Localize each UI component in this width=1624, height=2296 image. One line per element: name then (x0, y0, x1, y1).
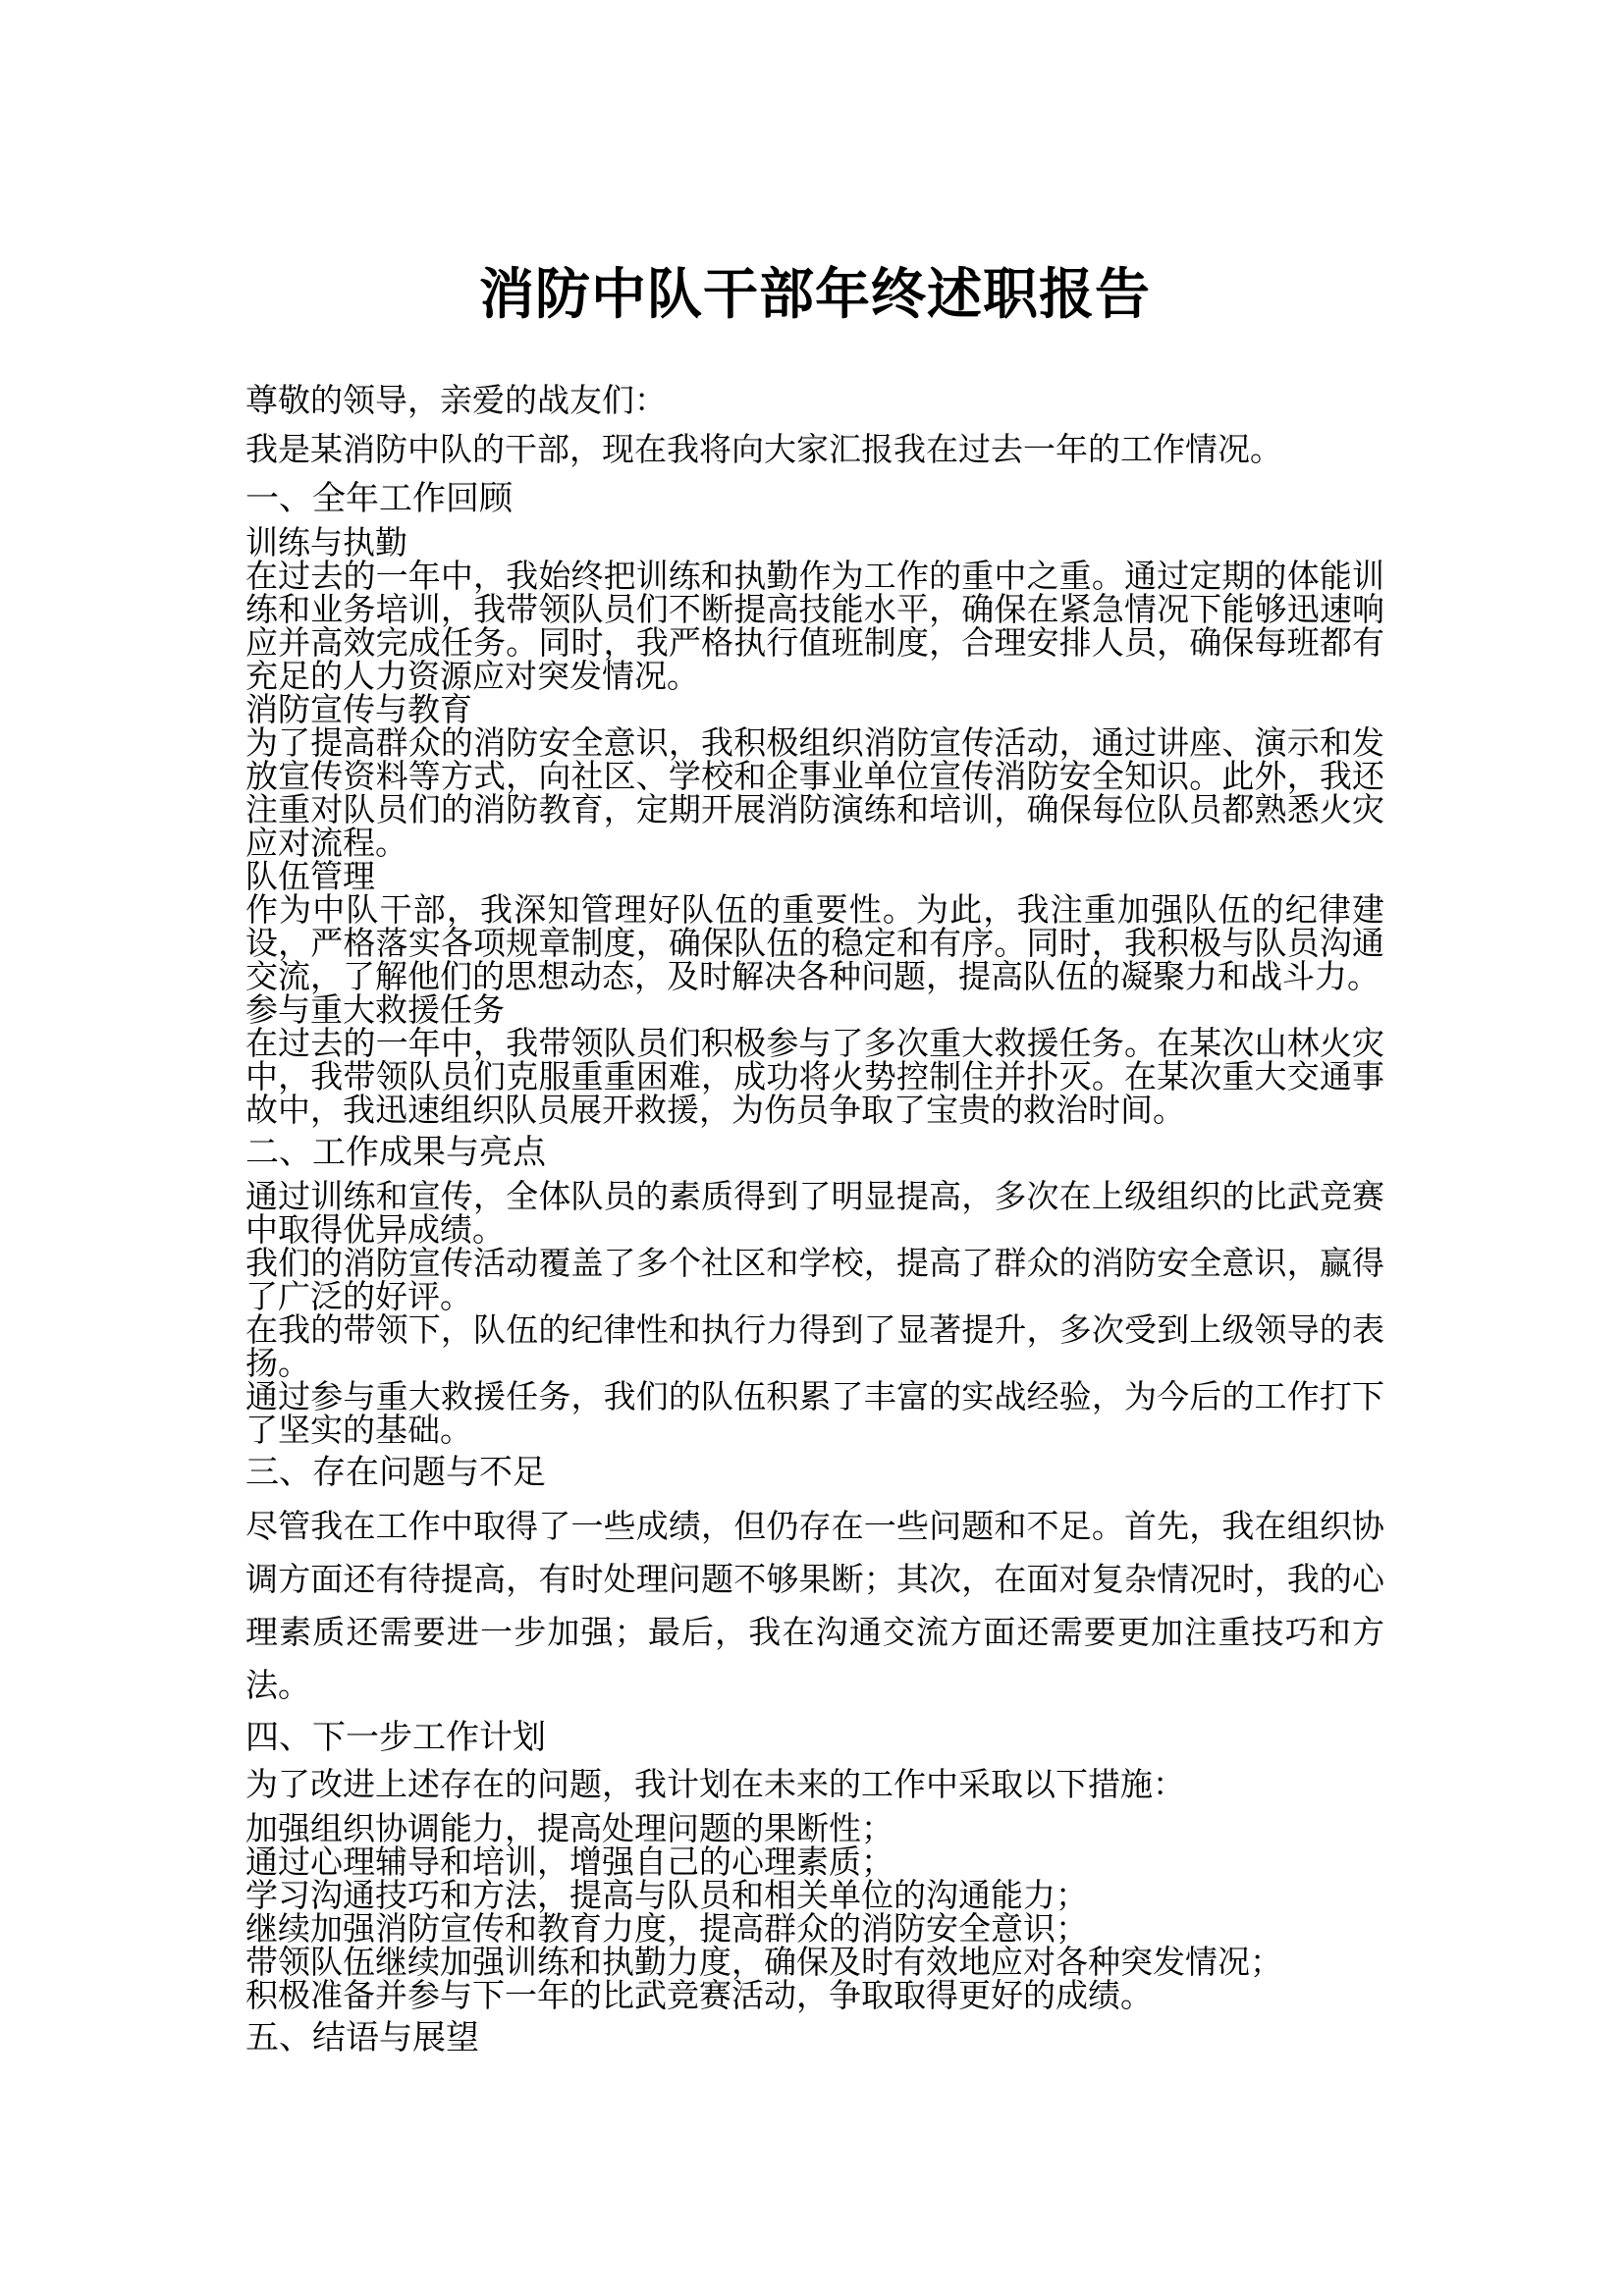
section-heading-conclusion: 五、结语与展望 (245, 2018, 1384, 2057)
problems-paragraph: 尽管我在工作中取得了一些成绩，但仍存在一些问题和不足。首先，我在组织协调方面还有… (245, 1500, 1384, 1712)
subsection-label-publicity-education: 消防宣传与教育 (245, 693, 1384, 726)
document-title: 消防中队干部年终述职报告 (245, 263, 1384, 326)
section-heading-achievements: 二、工作成果与亮点 (245, 1133, 1384, 1172)
achievement-paragraph: 在我的带领下，队伍的纪律性和执行力得到了显著提升，多次受到上级领导的表扬。 (245, 1313, 1384, 1380)
section-heading-next-plan: 四、下一步工作计划 (245, 1718, 1384, 1757)
salutation: 尊敬的领导，亲爱的战友们： (245, 381, 1384, 420)
achievement-paragraph: 通过参与重大救援任务，我们的队伍积累了丰富的实战经验，为今后的工作打下了坚实的基… (245, 1380, 1384, 1447)
section-heading-annual-review: 一、全年工作回顾 (245, 479, 1384, 518)
subsection-label-rescue-missions: 参与重大救援任务 (245, 993, 1384, 1027)
achievement-paragraph: 通过训练和宣传，全体队员的素质得到了明显提高，多次在上级组织的比武竞赛中取得优异… (245, 1180, 1384, 1247)
plan-measure-item: 加强组织协调能力，提高处理问题的果断性； (245, 1812, 1384, 1845)
plan-measure-item: 积极准备并参与下一年的比武竞赛活动，争取取得更好的成绩。 (245, 1979, 1384, 2012)
plan-measure-item: 通过心理辅导和培训，增强自己的心理素质； (245, 1845, 1384, 1879)
subsection-label-training-duty: 训练与执勤 (245, 526, 1384, 560)
subsection-paragraph-team-management: 作为中队干部，我深知管理好队伍的重要性。为此，我注重加强队伍的纪律建设，严格落实… (245, 893, 1384, 993)
subsection-label-team-management: 队伍管理 (245, 860, 1384, 893)
document-page: 消防中队干部年终述职报告 尊敬的领导，亲爱的战友们： 我是某消防中队的干部，现在… (0, 0, 1624, 2296)
intro-paragraph: 我是某消防中队的干部，现在我将向大家汇报我在过去一年的工作情况。 (245, 430, 1384, 469)
achievement-paragraph: 我们的消防宣传活动覆盖了多个社区和学校，提高了群众的消防安全意识，赢得了广泛的好… (245, 1247, 1384, 1313)
plan-measure-item: 带领队伍继续加强训练和执勤力度，确保及时有效地应对各种突发情况； (245, 1946, 1384, 1979)
subsection-paragraph-publicity-education: 为了提高群众的消防安全意识，我积极组织消防宣传活动，通过讲座、演示和发放宣传资料… (245, 726, 1384, 860)
plan-intro-paragraph: 为了改进上述存在的问题，我计划在未来的工作中采取以下措施： (245, 1765, 1384, 1804)
subsection-paragraph-rescue-missions: 在过去的一年中，我带领队员们积极参与了多次重大救援任务。在某次山林火灾中，我带领… (245, 1027, 1384, 1127)
subsection-paragraph-training-duty: 在过去的一年中，我始终把训练和执勤作为工作的重中之重。通过定期的体能训练和业务培… (245, 560, 1384, 693)
section-heading-problems: 三、存在问题与不足 (245, 1453, 1384, 1492)
plan-measure-item: 继续加强消防宣传和教育力度，提高群众的消防安全意识； (245, 1912, 1384, 1946)
plan-measure-item: 学习沟通技巧和方法，提高与队员和相关单位的沟通能力； (245, 1879, 1384, 1912)
